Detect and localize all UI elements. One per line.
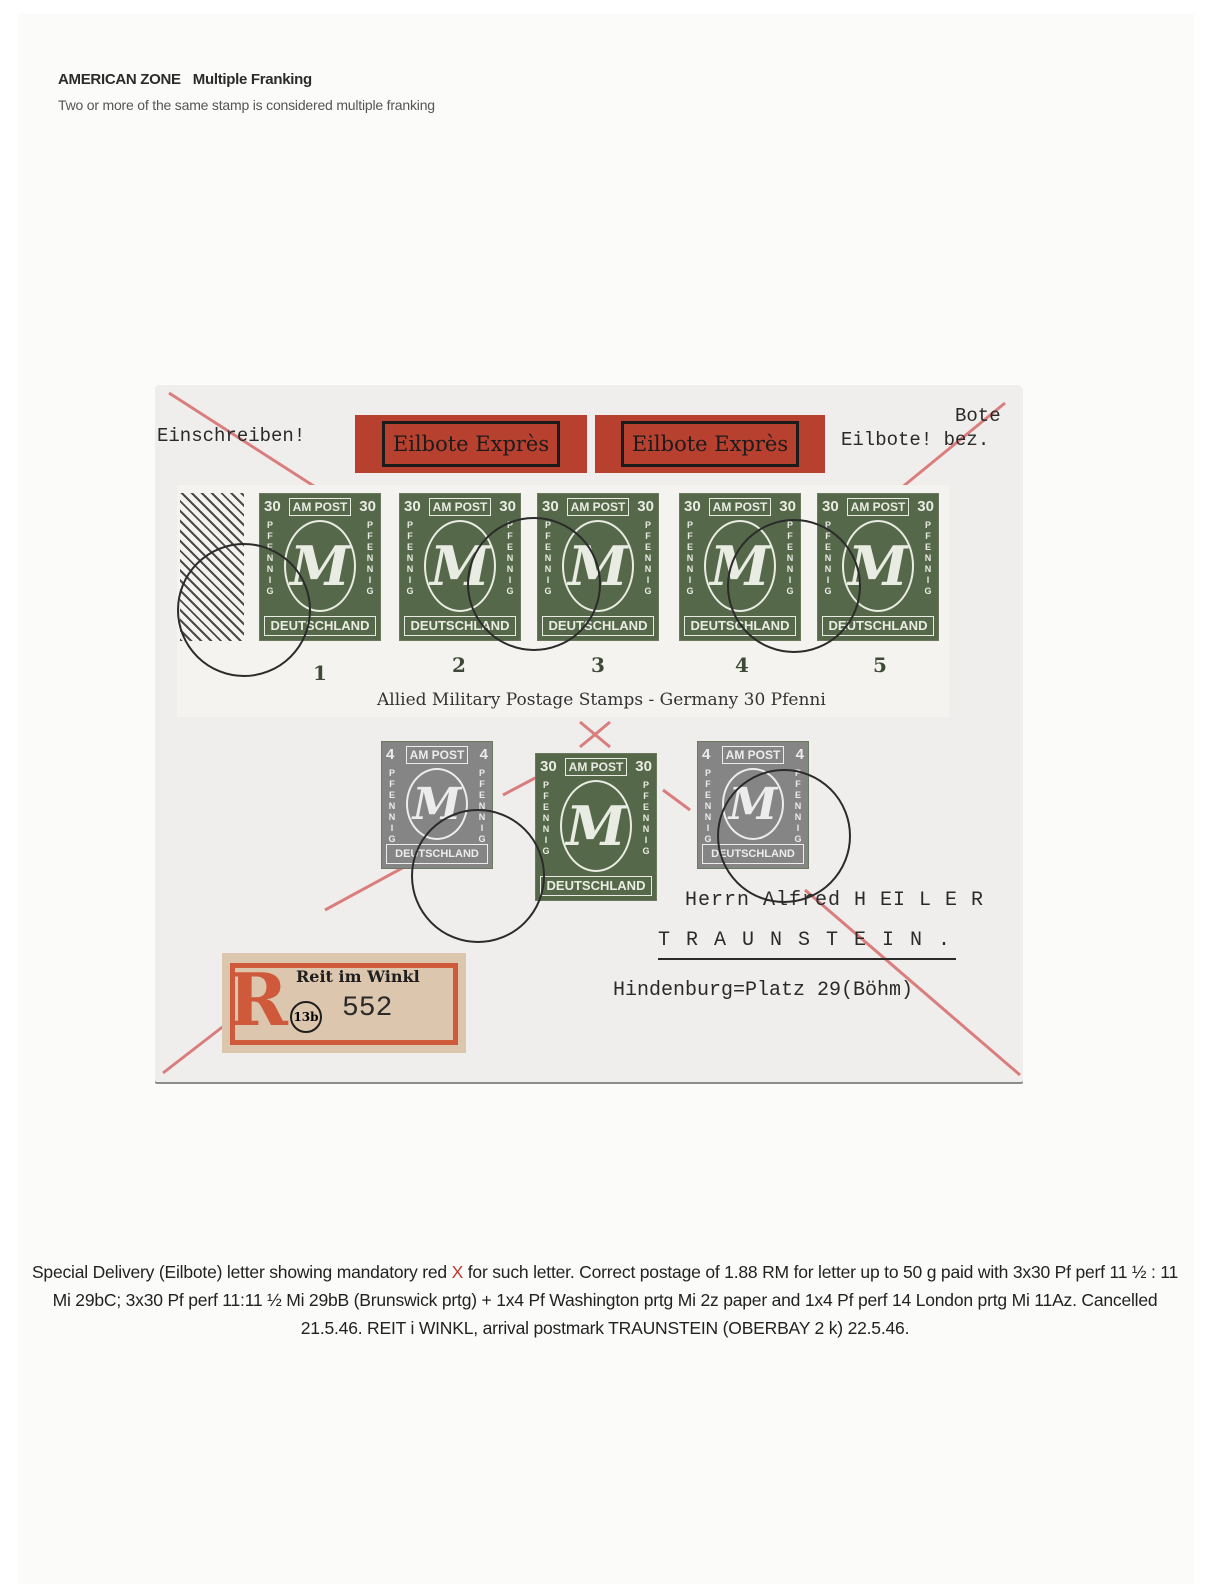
stamp-m-emblem: M (560, 780, 632, 872)
postmark-reit-im-winkl (411, 809, 545, 943)
stamp: 30AM POST30PFENNIGPFENNIGMDEUTSCHLAND (535, 753, 657, 901)
stamp-side-text: PFENNIG (642, 520, 654, 597)
registration-office-code: 13b (290, 1001, 322, 1033)
registration-letter: R (228, 957, 288, 1042)
stamp-top: 30AM POST30 (684, 498, 796, 516)
stamp-side-text: PFENNIG (640, 780, 652, 857)
stamp-top: 30AM POST30 (264, 498, 376, 516)
stamp-side-text: PFENNIG (702, 768, 714, 845)
stamp-side-text: PFENNIG (386, 768, 398, 845)
registration-number: 552 (342, 993, 392, 1024)
description-part1: Special Delivery (Eilbote) letter showin… (32, 1262, 452, 1282)
typed-bote-note: Bote (955, 405, 1001, 427)
page-subtitle-note: Two or more of the same stamp is conside… (58, 97, 435, 113)
address-city: T R A U N S T E I N . (658, 929, 956, 960)
postmark-reit-im-winkl (717, 769, 851, 903)
stamp-country: DEUTSCHLAND (540, 876, 652, 896)
express-label-2: Eilbote Exprès (595, 415, 825, 473)
address-name: Herrn Alfred H EI L E R (685, 889, 984, 912)
title-zone: AMERICAN ZONE (58, 71, 181, 88)
typed-registered-note: Einschreiben! (157, 425, 305, 447)
express-label-text: Eilbote Exprès (382, 421, 560, 467)
express-label-text: Eilbote Exprès (621, 421, 799, 467)
stamp-top: 30AM POST30 (542, 498, 654, 516)
stamp-side-text: PFENNIG (404, 520, 416, 597)
cover-envelope: Einschreiben! Bote Eilbote! bez. Eilbote… (155, 385, 1023, 1082)
position-number: 1 (313, 661, 327, 685)
address-street: Hindenburg=Platz 29(Böhm) (613, 979, 913, 1002)
stamp-top: 30AM POST30 (540, 758, 652, 776)
express-label-1: Eilbote Exprès (355, 415, 587, 473)
position-number: 2 (452, 653, 466, 677)
stamp-top: 4AM POST4 (702, 746, 804, 764)
stamp-side-text: PFENNIG (540, 780, 552, 857)
registration-label: R Reit im Winkl 13b 552 (222, 953, 466, 1053)
stamp-top: 30AM POST30 (404, 498, 516, 516)
stamp-side-text: PFENNIG (684, 520, 696, 597)
stamp-side-text: PFENNIG (922, 520, 934, 597)
postmark-reit-im-winkl (467, 517, 601, 651)
stamp-side-text: PFENNIG (364, 520, 376, 597)
page-title: AMERICAN ZONEMultiple Franking (58, 71, 312, 88)
position-number: 3 (591, 653, 605, 677)
position-number: 5 (873, 653, 887, 677)
title-subtitle: Multiple Franking (193, 71, 312, 88)
stamp-top: 4AM POST4 (386, 746, 488, 764)
postmark-reit-im-winkl (177, 543, 311, 677)
cover-description: Special Delivery (Eilbote) letter showin… (30, 1258, 1180, 1342)
postmark-reit-im-winkl (727, 519, 861, 653)
stamp-top: 30AM POST30 (822, 498, 934, 516)
position-number: 4 (735, 653, 749, 677)
sheet-margin-inscription: Allied Military Postage Stamps - Germany… (377, 690, 826, 710)
registration-place: Reit im Winkl (296, 967, 420, 986)
typed-eilbote-note: Eilbote! bez. (841, 429, 989, 451)
red-x-marker: X (452, 1262, 463, 1282)
